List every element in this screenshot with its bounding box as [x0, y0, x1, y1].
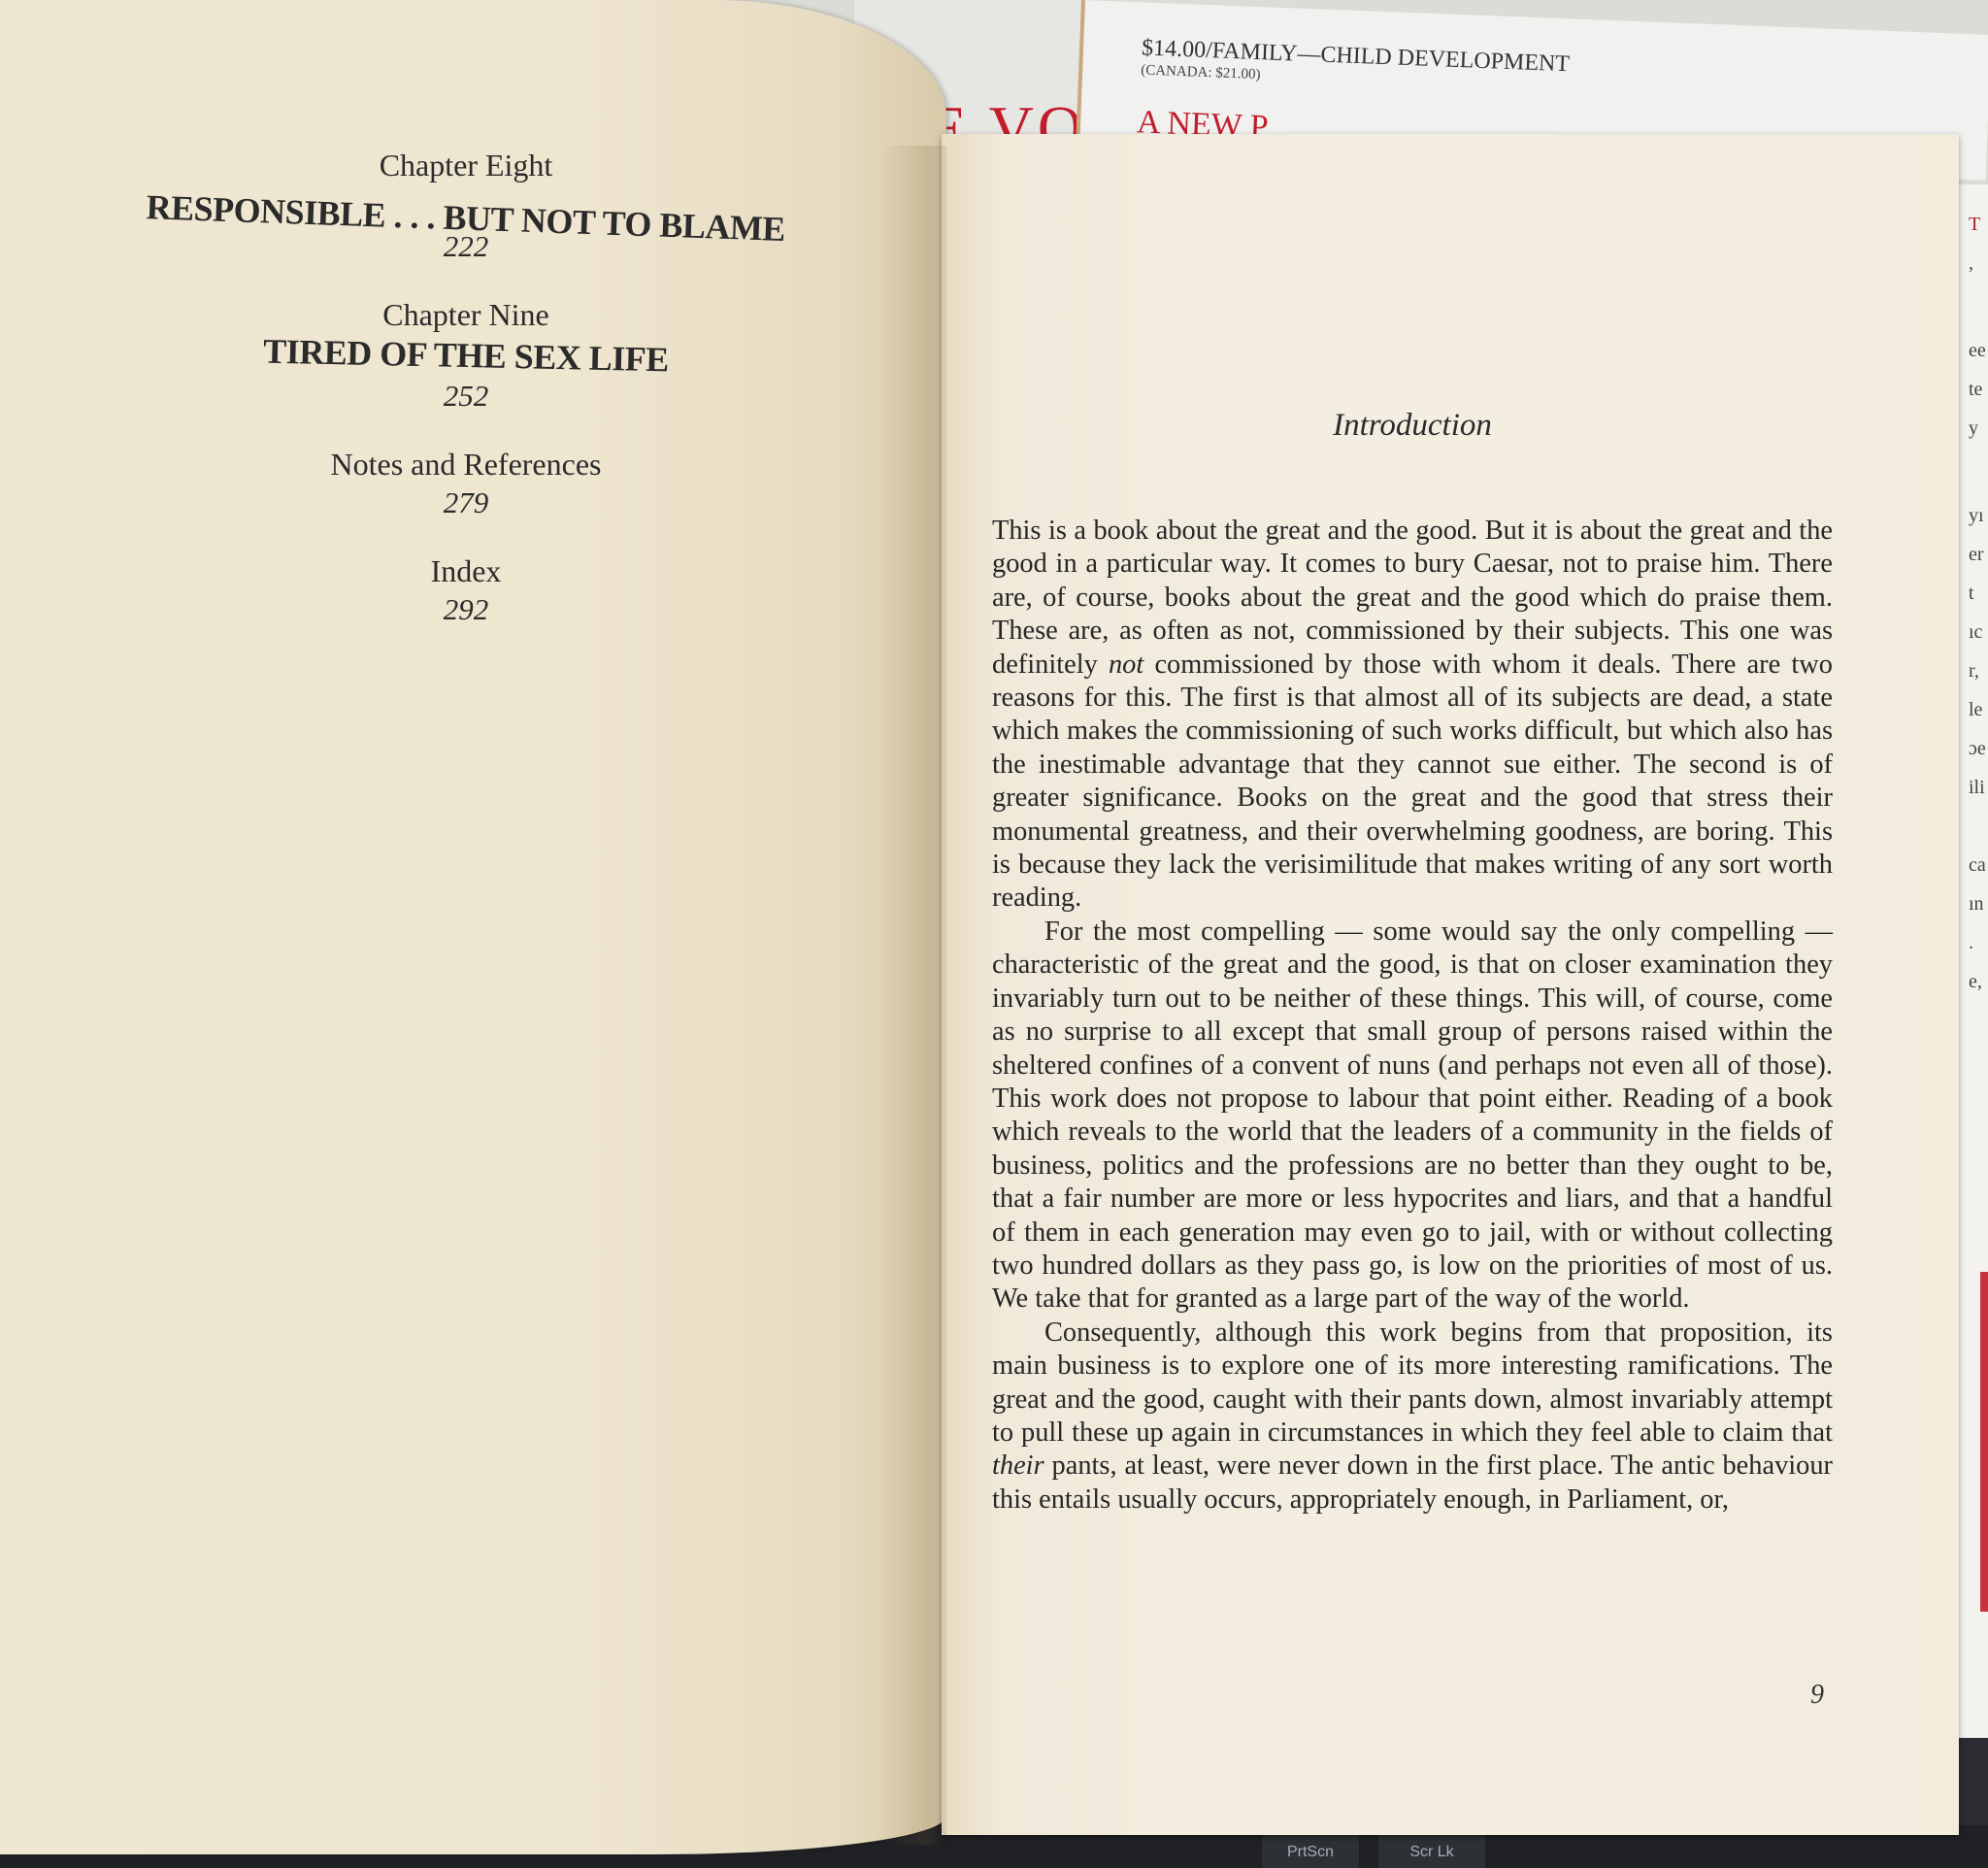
edge-fragment: yı	[1969, 505, 1984, 527]
edge-fragment: ıc	[1969, 621, 1982, 644]
edge-fragment: ee	[1969, 340, 1986, 362]
edge-fragment: ,	[1969, 252, 1973, 275]
book-gutter	[878, 146, 946, 1845]
key-prtscn: PrtScn	[1262, 1833, 1359, 1868]
text-run: commissioned by those with whom it deals…	[992, 650, 1833, 914]
toc-page-number: 292	[116, 590, 815, 629]
body-text: This is a book about the great and the g…	[992, 515, 1833, 1517]
paragraph: This is a book about the great and the g…	[992, 515, 1833, 916]
toc-page-number: 252	[116, 377, 815, 416]
toc-entry: Notes and References 279	[116, 445, 815, 522]
paragraph: Consequently, although this work begins …	[992, 1317, 1833, 1517]
key-scrlk: Scr Lk	[1378, 1833, 1485, 1868]
edge-fragment: ɔe	[1969, 738, 1986, 760]
emphasis: not	[1109, 650, 1143, 680]
edge-fragment: le	[1969, 699, 1982, 721]
edge-fragment: t	[1969, 583, 1974, 605]
toc-page-number: 279	[116, 484, 815, 522]
toc-chapter-title: TIRED OF THE SEX LIFE	[116, 326, 816, 384]
edge-fragment: ın	[1969, 893, 1984, 916]
edge-fragment: e,	[1969, 971, 1982, 993]
edge-fragment: r,	[1969, 660, 1979, 683]
edge-fragment: y	[1969, 417, 1978, 440]
emphasis: their	[992, 1451, 1044, 1481]
left-page: Chapter Eight RESPONSIBLE . . . BUT NOT …	[0, 0, 946, 1854]
edge-fragment: ili	[1969, 777, 1985, 799]
page-heading: Introduction	[985, 408, 1839, 444]
text-run: pants, at least, were never down in the …	[992, 1451, 1833, 1514]
toc-section-label: Index	[116, 551, 815, 590]
page-number: 9	[1810, 1680, 1824, 1711]
edge-fragment: ca	[1969, 854, 1986, 877]
edge-fragment: er	[1969, 544, 1984, 566]
toc-entry: Chapter Eight RESPONSIBLE . . . BUT NOT …	[116, 146, 815, 266]
edge-fragment: te	[1969, 379, 1982, 401]
toc-section-label: Notes and References	[116, 445, 815, 484]
paragraph: For the most compelling — some would say…	[992, 916, 1833, 1317]
canada-price: (CANADA: $21.00)	[1141, 62, 1261, 83]
edge-fragment: .	[1969, 932, 1973, 954]
toc-chapter-label: Chapter Eight	[116, 146, 815, 184]
background-red-book-spine	[1980, 1272, 1988, 1612]
toc-entry: Chapter Nine TIRED OF THE SEX LIFE 252	[116, 295, 815, 416]
text-run: Consequently, although this work begins …	[992, 1318, 1833, 1448]
toc-entry: Index 292	[116, 551, 815, 629]
table-of-contents: Chapter Eight RESPONSIBLE . . . BUT NOT …	[116, 146, 815, 658]
edge-fragment: T	[1969, 214, 1980, 236]
text-run: For the most compelling — some would say…	[992, 917, 1833, 1314]
